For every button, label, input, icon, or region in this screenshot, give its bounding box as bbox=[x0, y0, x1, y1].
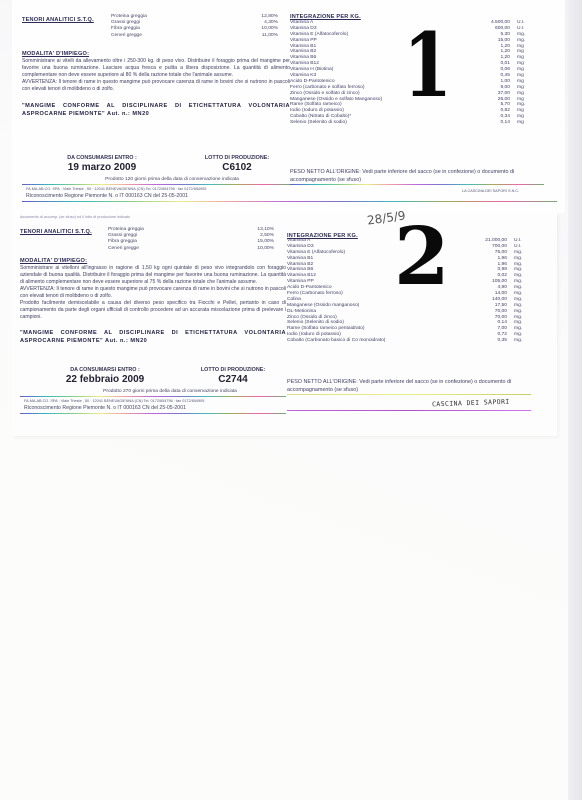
sampling-paragraph: Prodotto facilmente demiscelabile a caus… bbox=[20, 300, 286, 320]
net-weight-note: PESO NETTO ALL'ORIGINE: Vedi parte infer… bbox=[290, 168, 540, 184]
rainbow-divider bbox=[20, 413, 286, 414]
nutrient-value: 0,14 bbox=[462, 120, 510, 126]
nutrient-name: Selenio (Selenito di sodio) bbox=[290, 120, 462, 126]
usage-heading: MODALITA' D'IMPIEGO: bbox=[20, 258, 87, 264]
expiry-date: 22 febbraio 2009 bbox=[50, 374, 160, 385]
analytic-name: Ceneri gregge bbox=[111, 33, 191, 39]
rainbow-divider bbox=[20, 396, 286, 397]
conformity-statement: "MANGIME CONFORME AL DISCIPLINARE DI ETI… bbox=[22, 103, 290, 118]
usage-text: Somministrare ai vitelloni all'ingrasso … bbox=[20, 265, 286, 321]
maker-name: LA CASCINA DEI SAPORI S.N.C. bbox=[462, 189, 519, 193]
integration-row: Selenio (Selenito di sodio)0,14mg bbox=[290, 120, 530, 126]
analytic-heading: TENORI ANALITICI S.T.Q. bbox=[20, 229, 92, 235]
usage-paragraph: Somministrare ai vitelloni all'ingrasso … bbox=[20, 265, 286, 285]
usage-paragraph: Somministrare ai vitelli da allevamento … bbox=[22, 58, 290, 78]
analytic-values: 12,80% 4,30% 10,00% 11,00% bbox=[242, 14, 278, 39]
production-note: Prodotto 120 giorni prima della data di … bbox=[52, 177, 292, 183]
analytic-heading: TENORI ANALITICI S.T.Q. bbox=[22, 17, 94, 23]
analytic-name: Ceneri gregge bbox=[108, 246, 188, 252]
expiry-label: DA CONSUMARSI ENTRO : bbox=[50, 367, 160, 373]
expiry-date: 19 marzo 2009 bbox=[52, 162, 152, 173]
analytic-names: Proteina greggia Grassi greggi Fibra gre… bbox=[111, 14, 191, 39]
analytic-names: Proteina greggia Grassi greggi Fibra gre… bbox=[108, 227, 188, 252]
rainbow-divider bbox=[22, 184, 290, 185]
rainbow-divider bbox=[287, 394, 531, 395]
lot-label: LOTTO DI PRODUZIONE: bbox=[192, 155, 282, 161]
integration-row: Cobalto (Carbonato basico di Co monoidra… bbox=[287, 338, 527, 344]
lot-number: C2744 bbox=[188, 374, 278, 385]
nutrient-name: Cobalto (Carbonato basico di Co monoidra… bbox=[287, 338, 459, 344]
company-line: FA.MA.AB.CO. SPA · Viale Trieste , 50 · … bbox=[24, 399, 204, 403]
nutrient-unit: mg. bbox=[507, 338, 527, 344]
conformity-statement: "MANGIME CONFORME AL DISCIPLINARE DI ETI… bbox=[20, 330, 286, 345]
handwritten-maker: CASCINA DEI SAPORI bbox=[432, 398, 510, 409]
nutrient-value: 0,35 bbox=[459, 338, 507, 344]
net-weight-note: PESO NETTO ALL'ORIGINE: Vedi parte infer… bbox=[287, 378, 537, 394]
cut-off-text: documento di accomp. (se sfuso) ed il lo… bbox=[20, 215, 130, 219]
rainbow-divider bbox=[287, 410, 531, 411]
usage-text: Somministrare ai vitelli da allevamento … bbox=[22, 58, 290, 93]
feed-label-1: TENORI ANALITICI S.T.Q. Proteina greggia… bbox=[12, 0, 565, 213]
expiry-label: DA CONSUMARSI ENTRO : bbox=[52, 155, 152, 161]
analytic-value: 10,00% bbox=[238, 246, 274, 252]
handwritten-number: 2 bbox=[394, 215, 450, 297]
production-note: Prodotto 270 giorni prima della data di … bbox=[50, 389, 290, 395]
warning-paragraph: AVVERTENZA: Il tenore di rame in questo … bbox=[20, 286, 286, 299]
nutrient-unit: mg bbox=[510, 120, 530, 126]
recognition-line: Riconoscimento Regione Piemonte N. o IT … bbox=[24, 405, 186, 411]
page-edge-shadow bbox=[568, 0, 582, 800]
recognition-line: Riconoscimento Regione Piemonte N. o IT … bbox=[26, 193, 188, 199]
analytic-values: 13,10% 2,50% 15,00% 10,00% bbox=[238, 227, 274, 252]
lot-label: LOTTO DI PRODUZIONE: bbox=[188, 367, 278, 373]
feed-label-2: documento di accomp. (se sfuso) ed il lo… bbox=[12, 213, 557, 436]
lot-number: C6102 bbox=[192, 162, 282, 173]
handwritten-number: 1 bbox=[403, 20, 452, 110]
warning-paragraph: AVVERTENZA: Il tenore di rame in questo … bbox=[22, 79, 290, 92]
rainbow-divider bbox=[22, 201, 557, 202]
company-line: FA.MA.AB.CO. SPA · Viale Trieste , 50 · … bbox=[26, 187, 206, 191]
usage-heading: MODALITA' D'IMPIEGO: bbox=[22, 51, 89, 57]
rainbow-divider bbox=[290, 184, 544, 185]
analytic-value: 11,00% bbox=[242, 33, 278, 39]
